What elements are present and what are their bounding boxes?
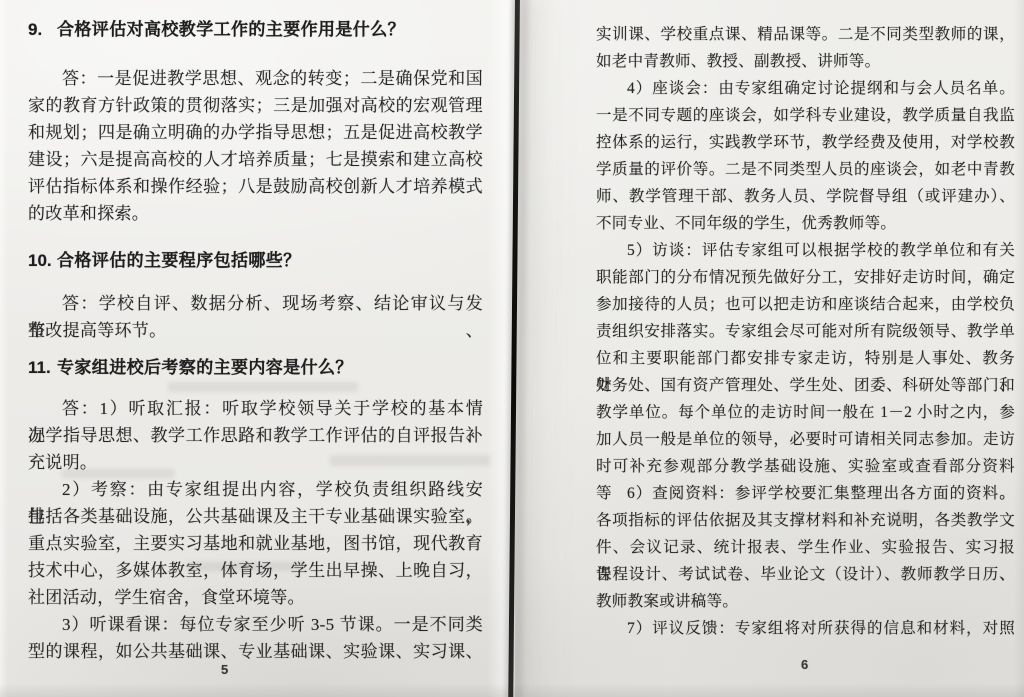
question-text: 专家组进校后考察的主要内容是什么？ — [57, 354, 483, 381]
text-line: 2）考察：由专家组提出内容，学校负责组织路线安排。 — [28, 476, 483, 503]
text-line: 家的教育方针政策的贯彻落实；三是加强对高校的宏观管理 — [28, 92, 483, 119]
text-line: 6）查阅资料：参评学校要汇集整理出各方面的资料。 — [596, 480, 1015, 507]
text-line: 时可补充参观部分教学基础设施、实验室或查看部分资料等。 — [596, 453, 1015, 480]
text-line: 评估指标体系和操作经验；八是鼓励高校创新人才培养模式 — [28, 173, 483, 200]
scan-edge-shadow — [0, 683, 1024, 697]
text-line: 加人员一般是单位的领导，必要时可请相关同志参加。走访 — [596, 426, 1015, 453]
text-line: 重点实验室，主要实习基地和就业基地，图书馆，现代教育 — [28, 530, 483, 557]
text-line: 答：学校自评、数据分析、现场考察、结论审议与发布、 — [28, 290, 483, 317]
text-line: 和规划；四是确立明确的办学指导思想；五是促进高校教学 — [28, 119, 483, 146]
page-number-right: 6 — [801, 657, 808, 672]
bleed-through-ghost — [62, 469, 174, 478]
text-line: 答：1）听取汇报：听取学校领导关于学校的基本情况、 — [28, 395, 483, 422]
answer-block: 答：1）听取汇报：听取学校领导关于学校的基本情况、办学指导思想、教学工作思路和教… — [28, 395, 483, 665]
text-line: 社团活动，学生宿舍，食堂环境等。 — [28, 584, 483, 611]
question-number: 11. — [28, 354, 57, 381]
text-line: 办学指导思想、教学工作思路和教学工作评估的自评报告补 — [28, 422, 483, 449]
question-number: 9. — [28, 16, 57, 43]
page-number-left: 5 — [221, 662, 228, 677]
text-line: 答：一是促进教学思想、观念的转变；二是确保党和国 — [28, 65, 483, 92]
bleed-through-ghost — [330, 455, 490, 466]
question-block: 10.合格评估的主要程序包括哪些？ — [28, 247, 483, 274]
right-page: 实训课、学校重点课、精品课等。二是不同类型教师的课，如老中青教师、教授、副教授、… — [596, 0, 1015, 642]
book-spread-scan: 9.合格评估对高校教学工作的主要作用是什么？答：一是促进教学思想、观念的转变；二… — [0, 0, 1024, 697]
question-block: 11.专家组进校后考察的主要内容是什么？ — [28, 354, 483, 381]
text-line: 如老中青教师、教授、副教授、讲师等。 — [596, 48, 1015, 75]
bleed-through-ghost — [896, 511, 910, 523]
text-line: 型的课程，如公共基础课、专业基础课、实验课、实习课、 — [28, 638, 483, 665]
question-heading: 11.专家组进校后考察的主要内容是什么？ — [28, 354, 483, 381]
question-text: 合格评估的主要程序包括哪些？ — [57, 247, 483, 274]
question-text: 合格评估对高校教学工作的主要作用是什么？ — [57, 16, 483, 43]
text-line: 建设；六是提高高校的人才培养质量；七是摸索和建立高校 — [28, 146, 483, 173]
answer-block: 答：一是促进教学思想、观念的转变；二是确保党和国家的教育方针政策的贯彻落实；三是… — [28, 65, 483, 227]
answer-block: 答：学校自评、数据分析、现场考察、结论审议与发布、整改提高等环节。 — [28, 290, 483, 344]
answer-block: 实训课、学校重点课、精品课等。二是不同类型教师的课，如老中青教师、教授、副教授、… — [596, 21, 1015, 642]
text-line: 件、会议记录、统计报表、学生作业、实验报告、实习报告、 — [596, 534, 1015, 561]
text-line: 7）评议反馈：专家组将对所获得的信息和材料，对照 — [596, 615, 1015, 642]
bleed-through-ghost — [186, 562, 304, 571]
text-line: 教学单位。每个单位的走访时间一般在 1－2 小时之内，参 — [596, 399, 1015, 426]
question-block: 9.合格评估对高校教学工作的主要作用是什么？ — [28, 16, 483, 43]
bleed-through-ghost — [168, 382, 358, 392]
question-number: 10. — [28, 247, 57, 274]
question-heading: 10.合格评估的主要程序包括哪些？ — [28, 247, 483, 274]
text-line: 教师教案或讲稿等。 — [596, 588, 1015, 615]
text-line: 责组织安排落实。专家组会尽可能对所有院级领导、教学单 — [596, 318, 1015, 345]
text-line: 控体系的运行，实践教学环节，教学经费及使用，对学校教 — [596, 129, 1015, 156]
text-line: 实训课、学校重点课、精品课等。二是不同类型教师的课， — [596, 21, 1015, 48]
text-line: 参加接待的人员；也可以把走访和座谈结合起来，由学校负 — [596, 291, 1015, 318]
scan-edge-highlight — [0, 0, 8, 697]
text-line: 3）听课看课：每位专家至少听 3-5 节课。一是不同类 — [28, 611, 483, 638]
text-line: 4）座谈会：由专家组确定讨论提纲和与会人员名单。 — [596, 75, 1015, 102]
text-line: 师、教学管理干部、教务人员、学院督导组（或评建办）、 — [596, 183, 1015, 210]
text-line: 职能部门的分布情况预先做好分工，安排好走访时间，确定 — [596, 264, 1015, 291]
question-heading: 9.合格评估对高校教学工作的主要作用是什么？ — [28, 16, 483, 43]
text-line: 学质量的评价等。二是不同类型人员的座谈会，如老中青教 — [596, 156, 1015, 183]
text-line: 一是不同专题的座谈会，如学科专业建设，教学质量自我监 — [596, 102, 1015, 129]
text-line: 各项指标的评估依据及其支撑材料和补充说明，各类教学文 — [596, 507, 1015, 534]
text-line: 财务处、国有资产管理处、学生处、团委、科研处等部门和 — [596, 372, 1015, 399]
text-line: 5）访谈：评估专家组可以根据学校的教学单位和有关 — [596, 237, 1015, 264]
text-line: 包括各类基础设施，公共基础课及主干专业基础课实验室， — [28, 503, 483, 530]
scan-edge-shadow — [1014, 0, 1024, 697]
text-line: 课程设计、考试试卷、毕业论文（设计）、教师教学日历、 — [596, 561, 1015, 588]
text-line: 位和主要职能部门都安排专家走访，特别是人事处、教务处、 — [596, 345, 1015, 372]
text-line: 不同专业、不同年级的学生，优秀教师等。 — [596, 210, 1015, 237]
text-line: 的改革和探索。 — [28, 200, 483, 227]
